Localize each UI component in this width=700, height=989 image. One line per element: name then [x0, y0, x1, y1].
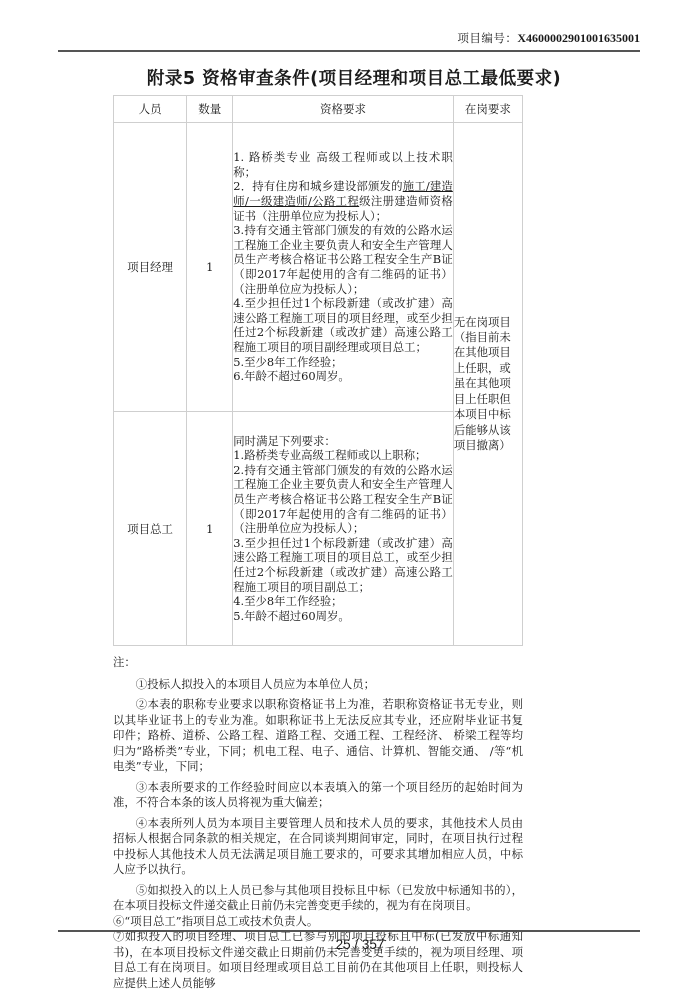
requirement-item: 5.至少8年工作经验；	[233, 355, 453, 370]
note-item: ③本表所要求的工作经验时间应以本表填入的第一个项目经历的起始时间为准，不符合本条…	[113, 780, 523, 811]
on-post-requirement-cell: 无在岗项目（指目前未在其他项目上任职，或虽在其他项目上任职但本项目中标后能够从该…	[453, 123, 522, 646]
quantity-cell: 1	[187, 412, 233, 646]
notes-title: 注：	[113, 655, 523, 671]
note-item: ②本表的职称专业要求以职称资格证书上为准，若职称资格证书无专业，则以其毕业证书上…	[113, 697, 523, 775]
requirements-cell: 1. 路桥类专业 高级工程师或以上技术职称； 2．持有住房和城乡建设部颁发的施工…	[233, 123, 454, 412]
footer-divider	[58, 930, 640, 932]
column-header-quantity: 数量	[187, 96, 233, 123]
requirement-intro: 同时满足下列要求：	[233, 434, 453, 449]
quantity-cell: 1	[187, 123, 233, 412]
person-cell: 项目经理	[114, 123, 187, 412]
project-number-label: 项目编号：	[457, 31, 517, 45]
page-indicator: 25 / 357	[0, 936, 700, 954]
requirement-item: 2.持有交通主管部门颁发的有效的公路水运工程施工企业主要负责人和安全生产管理人员…	[233, 463, 453, 536]
note-item: ①投标人拟投入的本项目人员应为本单位人员；	[113, 677, 523, 693]
qualification-table: 人员 数量 资格要求 在岗要求 项目经理 1 1. 路桥类专业 高级工程师或以上…	[113, 95, 523, 646]
note-item: ⑥“项目总工”指项目总工或技术负责人。	[113, 914, 523, 930]
requirement-item: 4.至少8年工作经验；	[233, 594, 453, 609]
requirement-item: 2．持有住房和城乡建设部颁发的施工/建造师/一级建造师/公路工程级注册建造师资格…	[233, 179, 453, 223]
page-header: 项目编号：X4600002901001635001	[58, 28, 640, 52]
requirement-item-prefix: 2．持有住房和城乡建设部颁发的	[233, 179, 402, 193]
requirement-item: 1.路桥类专业高级工程师或以上职称；	[233, 448, 453, 463]
requirement-item: 5.年龄不超过60周岁。	[233, 609, 453, 624]
requirement-item: 1. 路桥类专业 高级工程师或以上技术职称；	[233, 150, 453, 179]
project-number-value: X4600002901001635001	[517, 31, 640, 45]
note-item: ④本表所列人员为本项目主要管理人员和技术人员的要求，其他技术人员由招标人根据合同…	[113, 816, 523, 878]
table-row-project-manager: 项目经理 1 1. 路桥类专业 高级工程师或以上技术职称； 2．持有住房和城乡建…	[114, 123, 523, 412]
column-header-on-post: 在岗要求	[453, 96, 522, 123]
document-title: 附录5 资格审查条件(项目经理和项目总工最低要求)	[0, 66, 700, 92]
requirements-cell: 同时满足下列要求： 1.路桥类专业高级工程师或以上职称； 2.持有交通主管部门颁…	[233, 412, 454, 646]
column-header-requirements: 资格要求	[233, 96, 454, 123]
requirement-item: 4.至少担任过1个标段新建（或改扩建）高速公路工程施工项目的项目经理，或至少担任…	[233, 296, 453, 354]
note-item: ⑤如拟投入的以上人员已参与其他项目投标且中标（已发放中标通知书的），在本项目投标…	[113, 883, 523, 914]
requirement-item: 3.至少担任过1个标段新建（或改扩建）高速公路工程施工项目的项目总工，或至少担任…	[233, 536, 453, 594]
requirement-item: 3.持有交通主管部门颁发的有效的公路水运工程施工企业主要负责人和安全生产管理人员…	[233, 223, 453, 296]
requirement-item: 6.年龄不超过60周岁。	[233, 369, 453, 384]
column-header-person: 人员	[114, 96, 187, 123]
table-header-row: 人员 数量 资格要求 在岗要求	[114, 96, 523, 123]
person-cell: 项目总工	[114, 412, 187, 646]
